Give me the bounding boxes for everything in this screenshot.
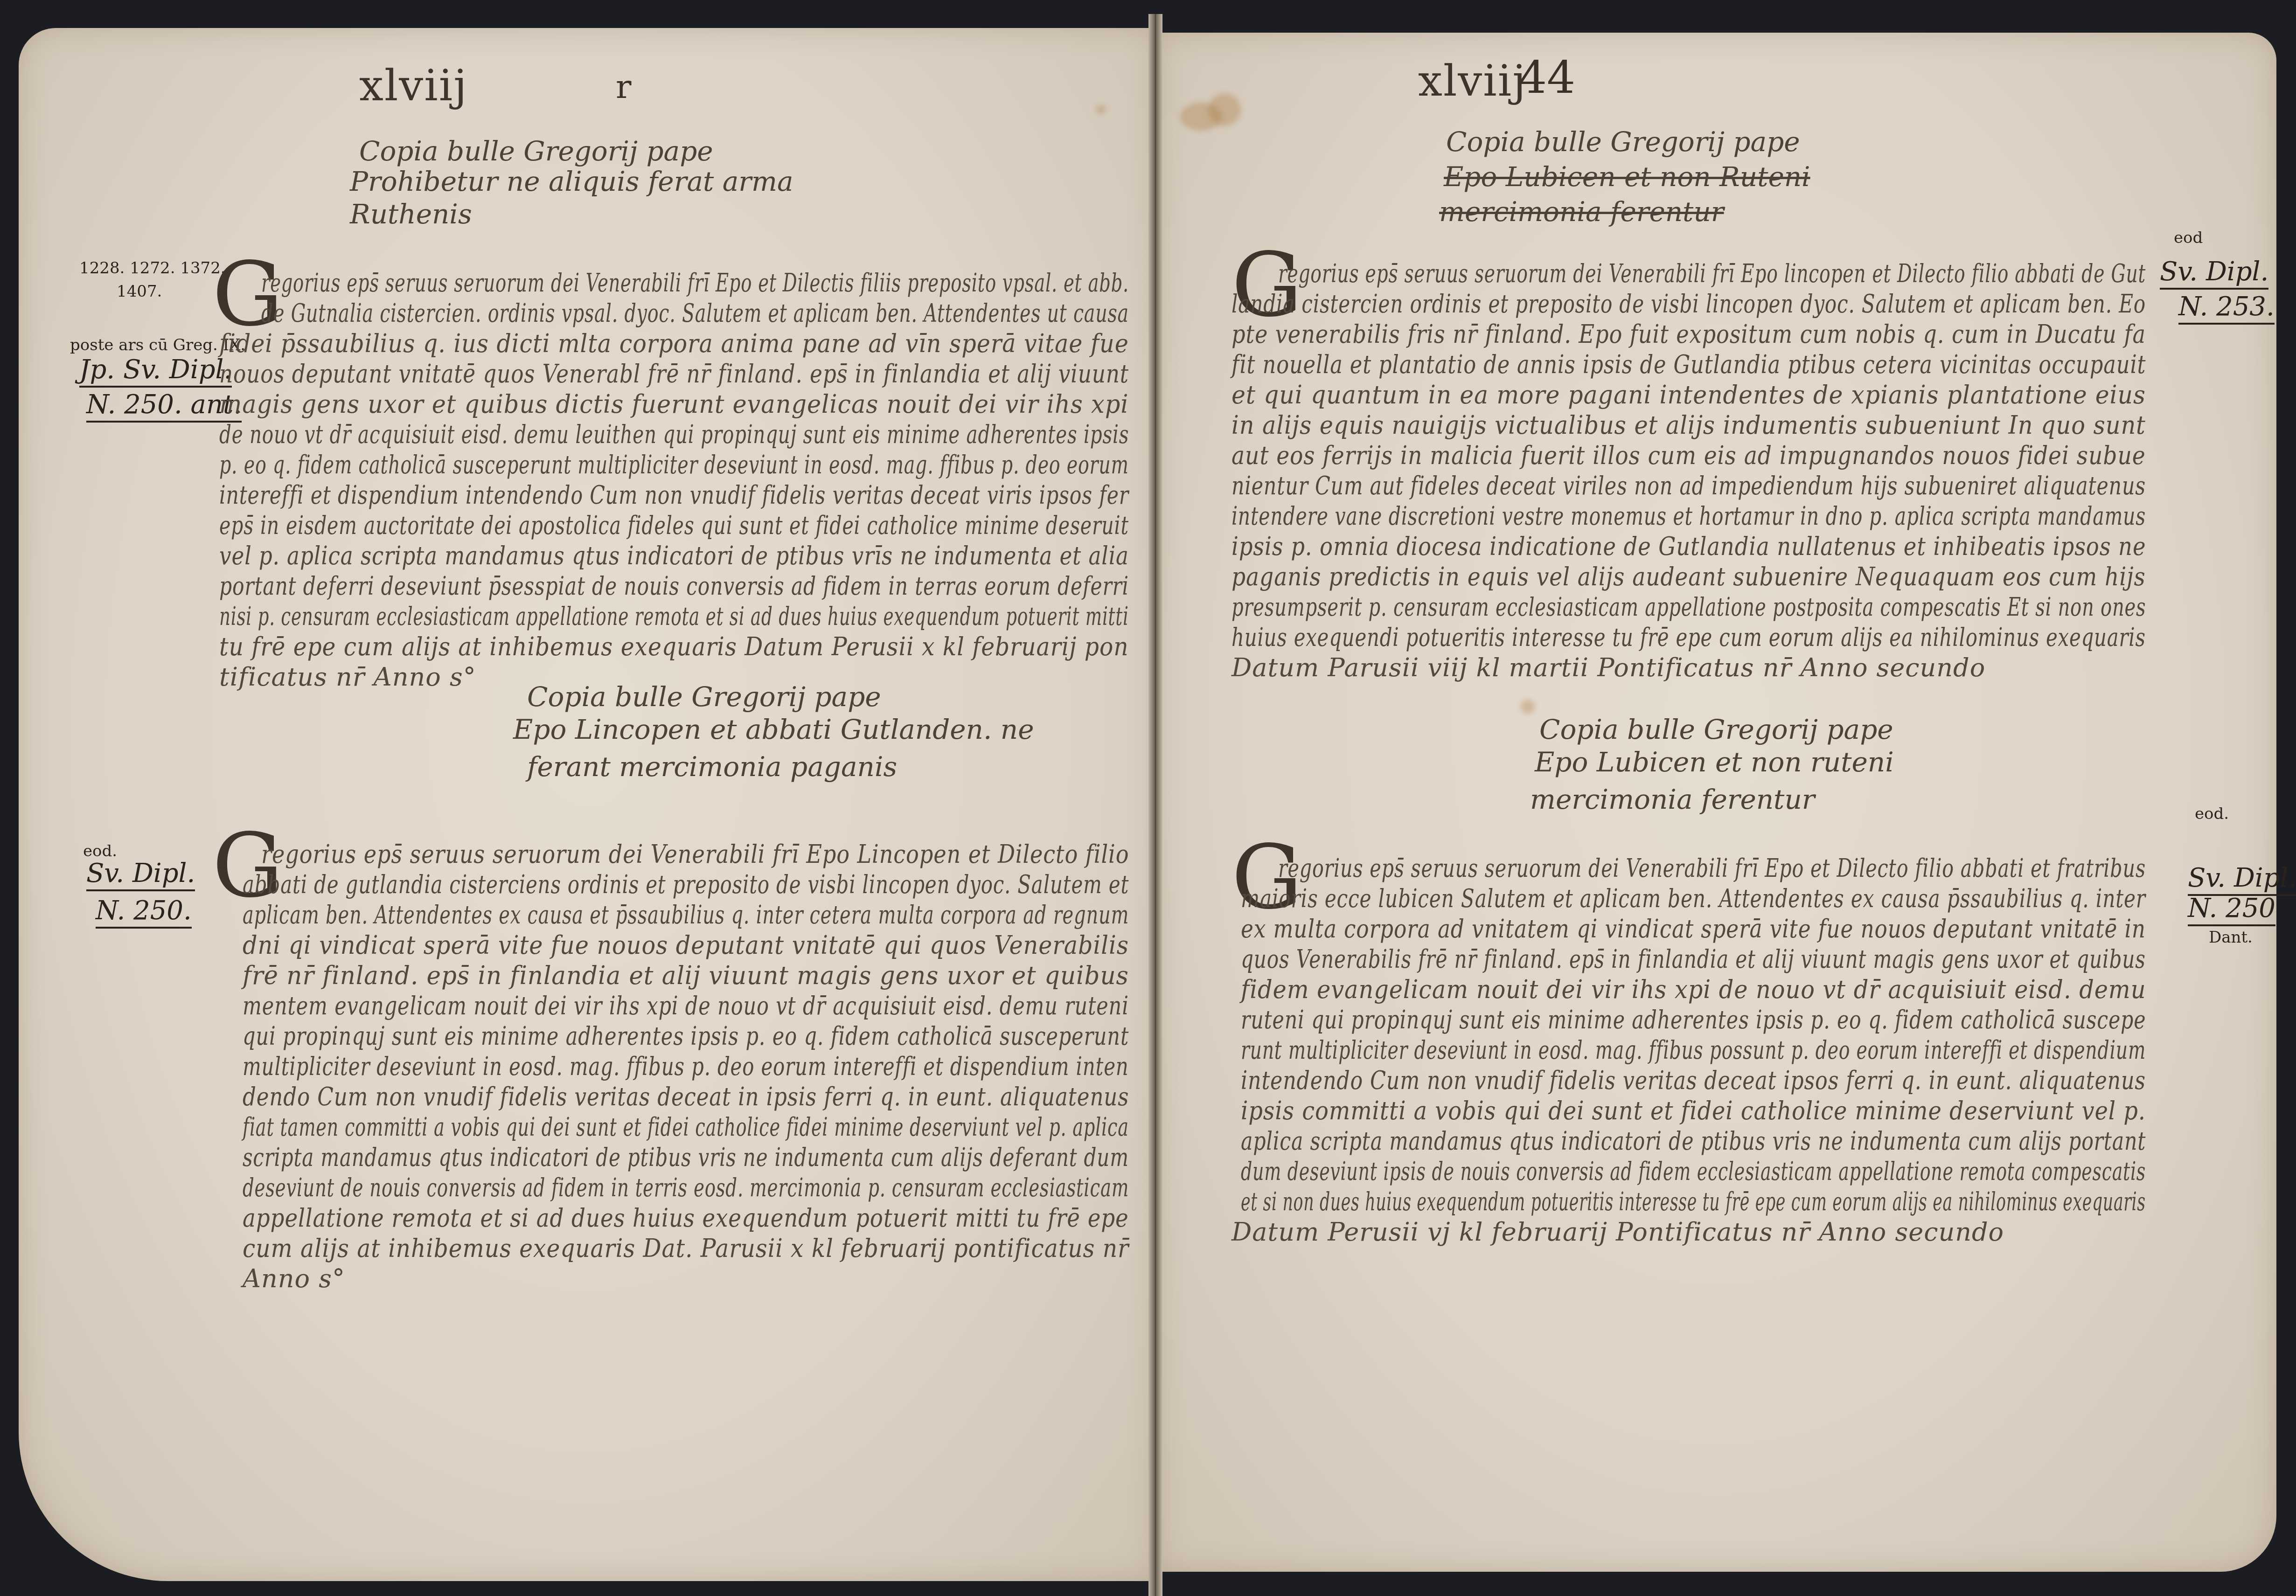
text-line: mentem evangelicam nouit dei vir ihs xpi…: [243, 991, 1129, 1020]
left-rubric-2-line-3: ferant mercimonia paganis: [527, 751, 897, 783]
left-rubric-1-line-1: Copia bulle Gregorij pape: [359, 135, 713, 167]
margin-note-number: N. 250: [2188, 893, 2275, 926]
text-line: runt multipliciter deseviunt in eosd. ma…: [1241, 1035, 2146, 1065]
book-spine: [1148, 14, 1162, 1596]
left-page-mark: r: [616, 68, 631, 106]
text-line: et qui quantum in ea more pagani intende…: [1231, 380, 2146, 409]
text-line: scripta mandamus qtus indicatori de ptib…: [243, 1143, 1129, 1172]
margin-note-collection: Sv. Dipl.: [2160, 257, 2268, 290]
text-line: fidem evangelicam nouit dei vir ihs xpi …: [1241, 975, 2146, 1004]
text-line: Anno s°: [243, 1264, 345, 1293]
margin-note-number: N. 250. ant.: [86, 389, 242, 423]
text-line: de Gutnalia cistercien. ordinis vpsal. d…: [261, 298, 1129, 328]
left-rubric-2-line-2: Epo Lincopen et abbati Gutlanden. ne: [513, 714, 1034, 745]
text-line: de nouo vt dr̄ acquisiuit eisd. demu leu…: [219, 420, 1129, 449]
foxing-stain: [1521, 700, 1535, 714]
text-line: et si non dues huius exequendum potuerit…: [1241, 1187, 2146, 1216]
text-line: fidei p̄ssaubilius q. ius dicti mlta cor…: [219, 329, 1129, 358]
right-rubric-1-line-3: mercimonia ferentur: [1439, 196, 1724, 228]
text-line: vel p. aplica scripta mandamus qtus indi…: [219, 541, 1129, 570]
right-folio-number: 44: [1518, 51, 1575, 104]
right-rubric-2-line-3: mercimonia ferentur: [1530, 784, 1815, 815]
margin-note-number: N. 253.: [2178, 291, 2275, 325]
text-line: huius exequendi potueritis interesse tu …: [1231, 623, 2146, 652]
text-line: frē nr̄ finland. eps̄ in finlandia et al…: [243, 961, 1129, 990]
text-line: aut eos ferrijs in malicia fuerit illos …: [1231, 441, 2146, 470]
text-line: aplicam ben. Attendentes ex causa et p̄s…: [243, 900, 1129, 930]
text-line: fit nouella et plantatio de annis ipsis …: [1231, 350, 2146, 379]
text-line: ruteni qui propinquj sunt eis minime adh…: [1241, 1005, 2146, 1034]
right-rubric-2-line-1: Copia bulle Gregorij pape: [1539, 714, 1893, 745]
text-line: nientur Cum aut fideles deceat viriles n…: [1231, 471, 2146, 500]
margin-note-date: 1407.: [117, 282, 162, 301]
text-line: regorius eps̄ seruus seruorum dei Venera…: [1278, 259, 2146, 288]
right-rubric-1-line-2: Epo Lubicen et non Ruteni: [1444, 161, 1810, 193]
text-line: nisi p. censuram ecclesiasticam appellat…: [219, 602, 1129, 631]
text-line: regorius eps̄ seruus seruorum dei Venera…: [1278, 854, 2146, 883]
text-line: intendendo Cum non vnudif fidelis verita…: [1241, 1066, 2146, 1095]
text-line: intendere vane discretioni vestre monemu…: [1231, 501, 2146, 531]
left-rubric-1-line-2: Prohibetur ne aliquis ferat arma: [350, 166, 793, 197]
text-line: maioris ecce lubicen Salutem et aplicam …: [1241, 884, 2146, 913]
text-line: quos Venerabilis frē nr̄ finland. eps̄ i…: [1241, 944, 2146, 974]
text-line: fiat tamen committi a vobis qui dei sunt…: [243, 1112, 1129, 1142]
text-line: dendo Cum non vnudif fidelis veritas dec…: [243, 1082, 1129, 1111]
text-line: qui propinquj sunt eis minime adherentes…: [243, 1021, 1129, 1051]
margin-note-collection: Jp. Sv. Dipl.: [79, 354, 232, 388]
left-folio-heading: xlviij: [359, 61, 468, 111]
text-line: landia cistercien ordinis et preposito d…: [1231, 289, 2146, 319]
margin-note-dant: Dant.: [2209, 928, 2253, 947]
margin-note-number: N. 250.: [96, 895, 192, 929]
text-line: eps̄ in eisdem auctoritate dei apostolic…: [219, 511, 1129, 540]
text-line: p. eo q. fidem catholicā susceperunt mul…: [219, 450, 1129, 479]
text-line: ipsis p. omnia diocesa indicatione de Gu…: [1231, 532, 2146, 561]
right-rubric-1-line-1: Copia bulle Gregorij pape: [1446, 126, 1800, 158]
text-line: presumpserit p. censuram ecclesiasticam …: [1231, 592, 2146, 622]
text-line: cum alijs at inhibemus exequaris Dat. Pa…: [243, 1234, 1129, 1263]
text-line: Datum Perusii vj kl februarij Pontificat…: [1231, 1217, 2004, 1247]
text-line: abbati de gutlandia cisterciens ordinis …: [243, 870, 1129, 899]
text-line: magis gens uxor et quibus dictis fuerunt…: [219, 389, 1129, 419]
text-line: appellatione remota et si ad dues huius …: [243, 1203, 1129, 1233]
text-line: dni qi vindicat sperā vite fue nouos dep…: [243, 930, 1129, 960]
text-line: aplica scripta mandamus qtus indicatori …: [1241, 1126, 2146, 1156]
text-line: Datum Parusii viij kl martii Pontificatu…: [1231, 653, 1985, 682]
left-rubric-1-line-3: Ruthenis: [350, 198, 472, 230]
right-folio-heading: xlviij: [1418, 56, 1527, 106]
left-rubric-2-line-1: Copia bulle Gregorij pape: [527, 681, 881, 713]
foxing-stain: [1208, 93, 1241, 126]
text-line: portant deferri deseviunt p̄sesspiat de …: [219, 571, 1129, 601]
margin-note-collection: Sv. Dipl.: [86, 858, 195, 891]
text-line: deseviunt de nouis conversis ad fidem in…: [243, 1173, 1129, 1202]
text-line: pte venerabilis fris nr̄ finland. Epo fu…: [1231, 319, 2146, 349]
text-line: regorius eps̄ seruus seruorum dei Venera…: [261, 268, 1129, 298]
margin-note-collection: Sv. Dipl.: [2188, 863, 2296, 896]
text-line: nouos deputant vnitatē quos Venerabl frē…: [219, 359, 1129, 389]
text-line: ipsis committi a vobis qui dei sunt et f…: [1241, 1096, 2146, 1125]
text-line: multipliciter deseviunt in eosd. mag. ff…: [243, 1052, 1129, 1081]
text-line: paganis predictis in equis vel alijs aud…: [1231, 562, 2146, 591]
right-rubric-2-line-2: Epo Lubicen et non ruteni: [1535, 746, 1894, 778]
text-line: dum deseviunt ipsis de nouis conversis a…: [1241, 1157, 2146, 1186]
text-line: tu frē epe cum alijs at inhibemus exequa…: [219, 632, 1129, 661]
text-line: ex multa corpora ad vnitatem qi vindicat…: [1241, 914, 2146, 944]
text-line: regorius eps̄ seruus seruorum dei Venera…: [261, 840, 1129, 869]
text-line: intereffi et dispendium intendendo Cum n…: [219, 480, 1129, 510]
margin-note-eod: eod.: [2195, 805, 2229, 823]
margin-note-eod: eod: [2174, 229, 2203, 247]
margin-note-eod: eod.: [83, 842, 117, 860]
foxing-stain: [1096, 105, 1106, 114]
text-line: tificatus nr̄ Anno s°: [219, 662, 476, 692]
text-line: in alijs equis nauigijs victualibus et a…: [1231, 410, 2146, 440]
margin-note-dates: 1228. 1272. 1372.: [79, 259, 226, 278]
